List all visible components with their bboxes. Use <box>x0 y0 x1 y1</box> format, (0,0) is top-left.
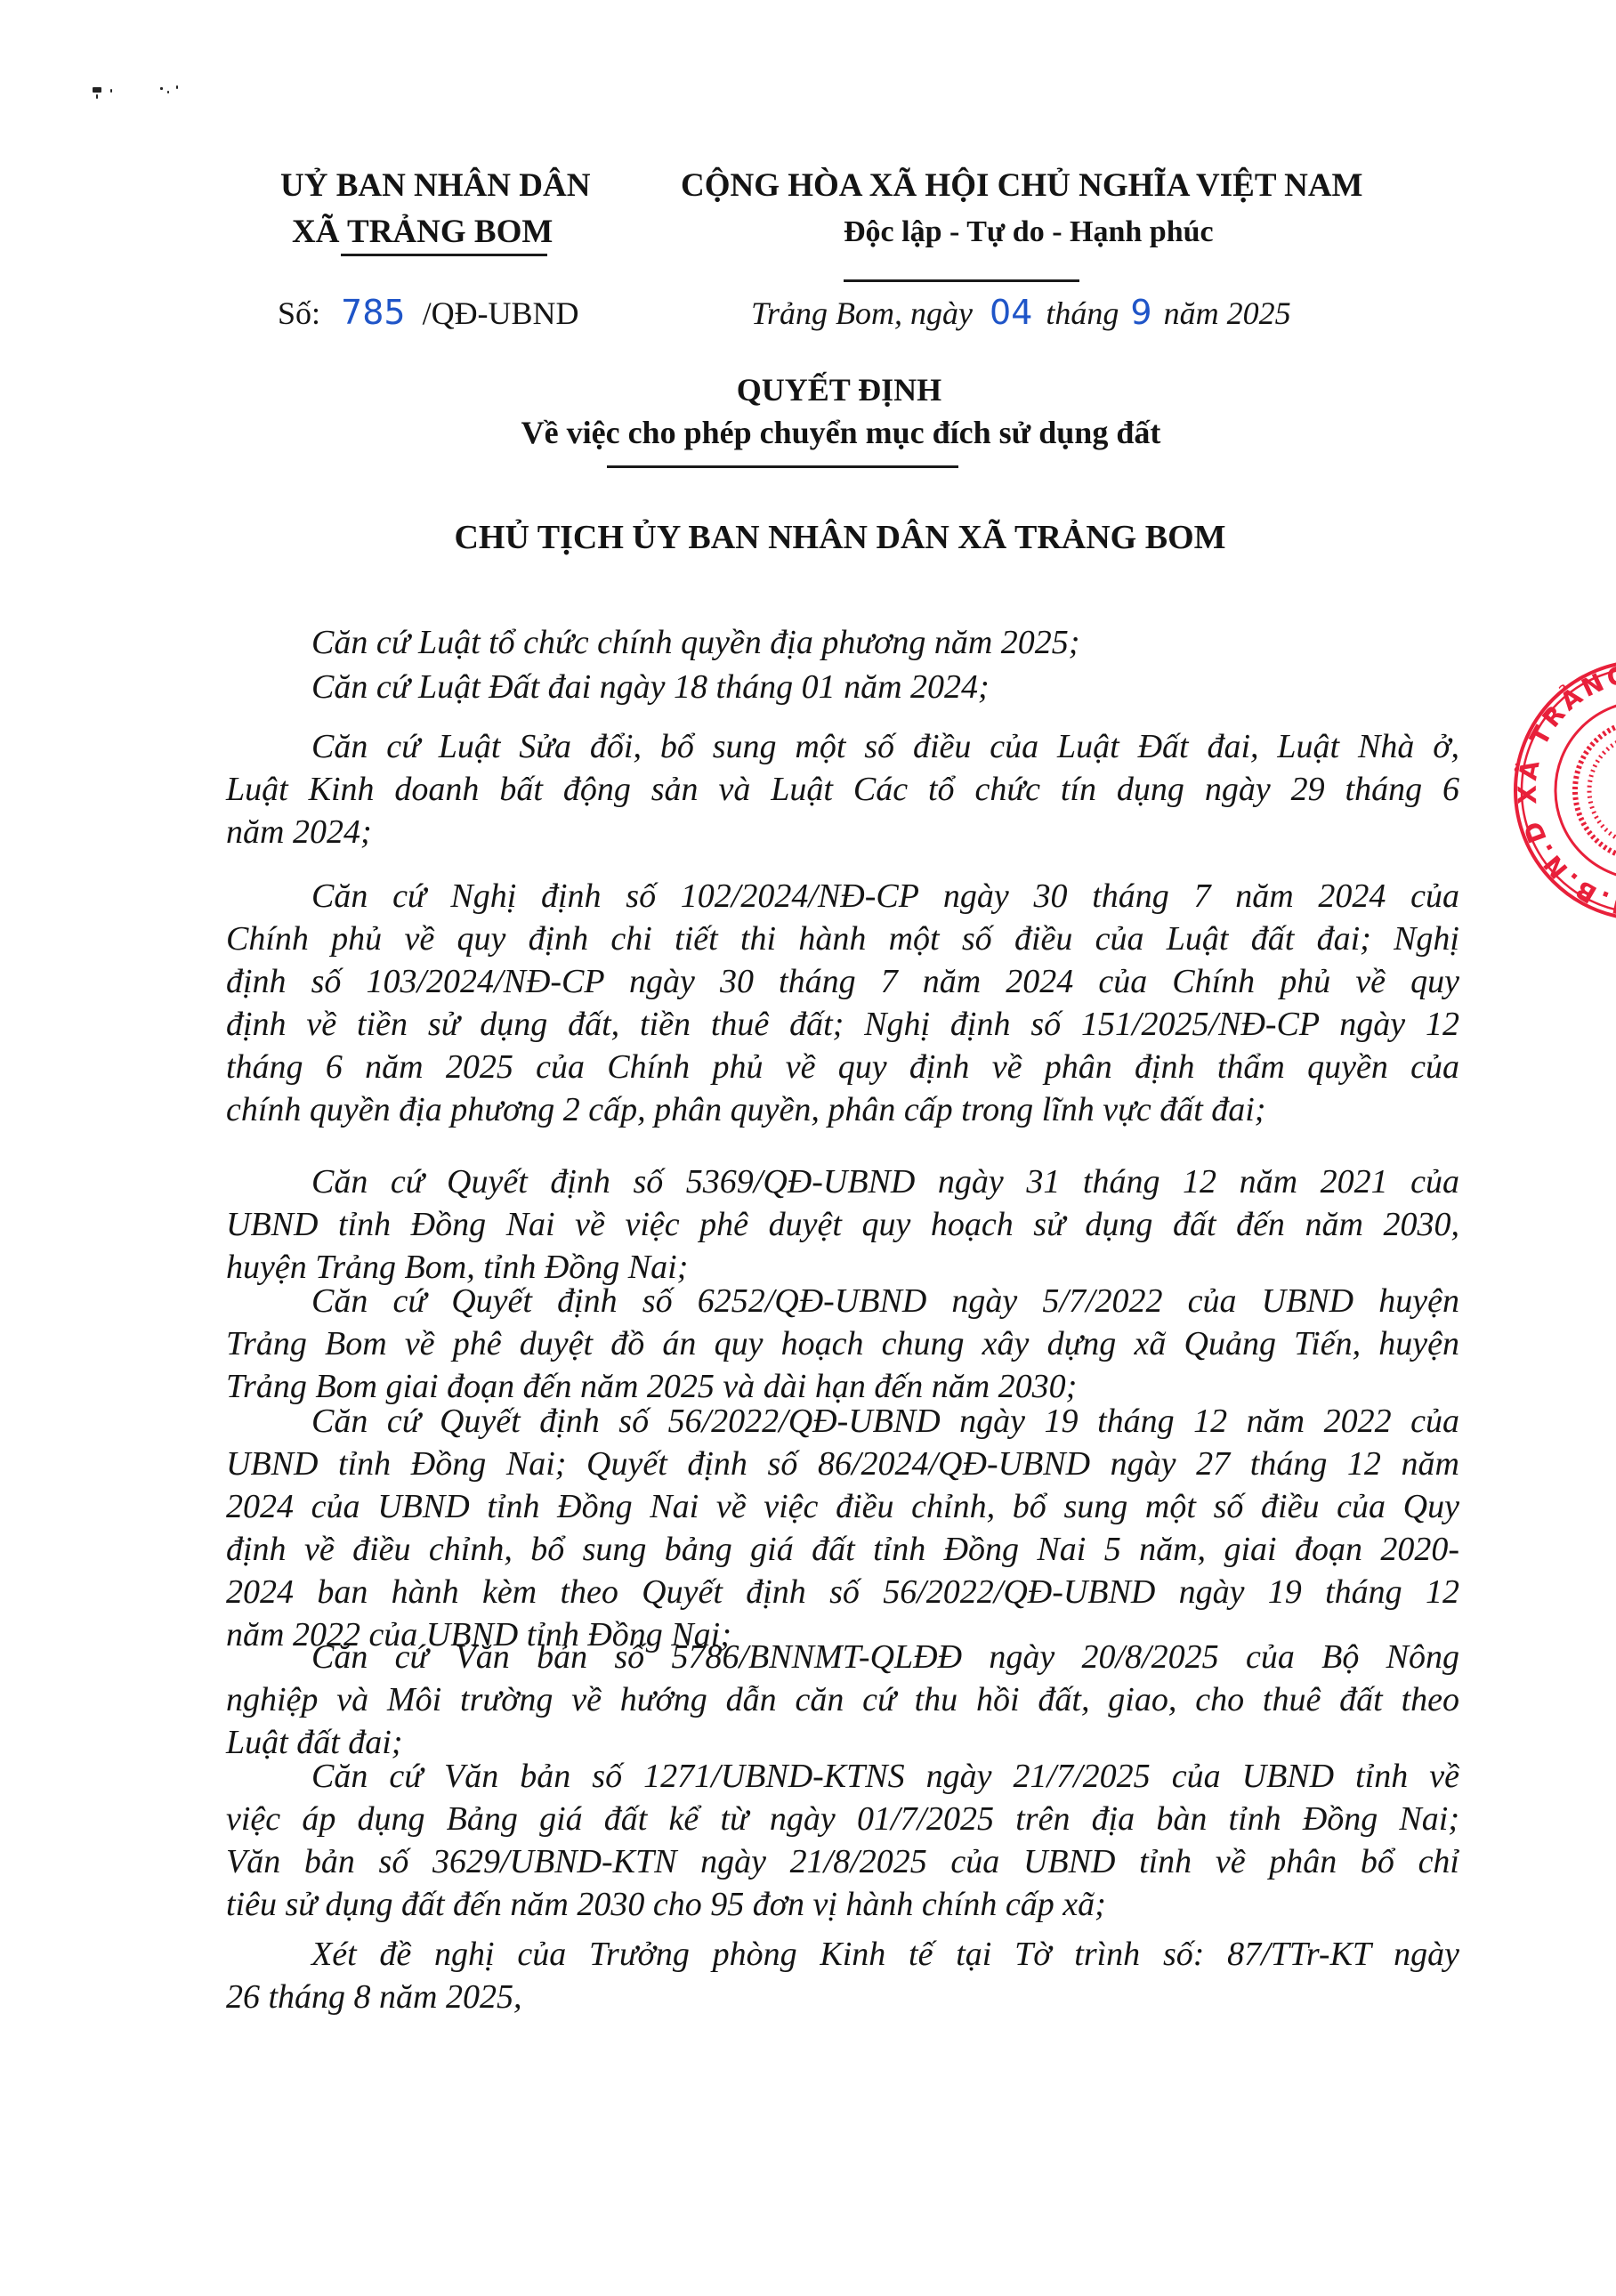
paragraph-line: UBND tỉnh Đồng Nai về việc phê duyệt quy… <box>226 1208 1459 1241</box>
agency-underline <box>341 254 547 256</box>
number-suffix: /QĐ-UBND <box>423 295 579 331</box>
scan-artifact <box>53 84 116 101</box>
paragraph-line: Trảng Bom về phê duyệt đồ án quy hoạch c… <box>226 1327 1459 1361</box>
paragraph-line: chính quyền địa phương 2 cấp, phân quyền… <box>226 1093 1459 1127</box>
handwritten-month: 9 <box>1130 293 1151 332</box>
paragraph-line: 2024 của UBND tỉnh Đồng Nai về việc điều… <box>226 1490 1459 1524</box>
paragraph-line: nghiệp và Môi trường về hướng dẫn căn cứ… <box>226 1683 1459 1717</box>
paragraph-line: 26 tháng 8 năm 2025, <box>226 1980 1459 2014</box>
paragraph-line: Căn cứ Văn bản số 5786/BNNMT-QLĐĐ ngày 2… <box>226 1640 1459 1674</box>
paragraph-line: tiêu sử dụng đất đến năm 2030 cho 95 đơn… <box>226 1888 1459 1921</box>
date-month-label: tháng <box>1046 295 1119 331</box>
red-official-seal-icon: U.B.N.D XÃ TRẢNG BOM <box>1513 659 1616 922</box>
paragraph-line: tháng 6 năm 2025 của Chính phủ về quy đị… <box>226 1050 1459 1084</box>
paragraph-line: Căn cứ Luật Sửa đổi, bổ sung một số điều… <box>226 730 1459 764</box>
paragraph-line: Căn cứ Luật tổ chức chính quyền địa phươ… <box>226 626 1459 659</box>
handwritten-number: 785 <box>341 293 406 332</box>
paragraph-line: Luật Kinh doanh bất động sản và Luật Các… <box>226 772 1459 806</box>
document-type-heading: QUYẾT ĐỊNH <box>0 374 1616 406</box>
issuing-authority: CHỦ TỊCH ỦY BAN NHÂN DÂN XÃ TRẢNG BOM <box>0 521 1616 554</box>
national-motto: Độc lập - Tự do - Hạnh phúc <box>844 217 1214 247</box>
paragraph-line: Căn cứ Quyết định số 6252/QĐ-UBND ngày 5… <box>226 1284 1459 1318</box>
paragraph-line: định về điều chỉnh, bổ sung bảng giá đất… <box>226 1532 1459 1566</box>
paragraph-line: Luật đất đai; <box>226 1726 1459 1759</box>
number-prefix: Số: <box>278 295 320 331</box>
document-subject: Về việc cho phép chuyển mục đích sử dụng… <box>0 416 1616 449</box>
agency-name-line1: UỶ BAN NHÂN DÂN <box>280 169 590 202</box>
paragraph-line: Căn cứ Văn bản số 1271/UBND-KTNS ngày 21… <box>226 1759 1459 1793</box>
paragraph-line: Xét đề nghị của Trưởng phòng Kinh tế tại… <box>226 1937 1459 1971</box>
motto-underline <box>844 279 1079 282</box>
paragraph-line: Văn bản số 3629/UBND-KTN ngày 21/8/2025 … <box>226 1845 1459 1879</box>
paragraph-line: định số 103/2024/NĐ-CP ngày 30 tháng 7 n… <box>226 965 1459 998</box>
paragraph-line: Trảng Bom giai đoạn đến năm 2025 và dài … <box>226 1370 1459 1403</box>
paragraph-line: năm 2024; <box>226 815 1459 849</box>
paragraph-line: 2024 ban hành kèm theo Quyết định số 56/… <box>226 1575 1459 1609</box>
date-place: Trảng Bom, ngày <box>751 295 973 331</box>
paragraph-line: huyện Trảng Bom, tỉnh Đồng Nai; <box>226 1250 1459 1284</box>
paragraph-line: Căn cứ Luật Đất đai ngày 18 tháng 01 năm… <box>226 670 1459 704</box>
paragraph-line: UBND tỉnh Đồng Nai; Quyết định số 86/202… <box>226 1447 1459 1481</box>
paragraph-line: Căn cứ Quyết định số 56/2022/QĐ-UBND ngà… <box>226 1404 1459 1438</box>
subject-underline <box>607 465 958 468</box>
paragraph-line: Căn cứ Nghị định số 102/2024/NĐ-CP ngày … <box>226 879 1459 913</box>
paragraph-line: định về tiền sử dụng đất, tiền thuê đất;… <box>226 1007 1459 1041</box>
document-number: Số: 785 /QĐ-UBND <box>278 295 579 329</box>
paragraph-line: Căn cứ Quyết định số 5369/QĐ-UBND ngày 3… <box>226 1165 1459 1199</box>
date-year: năm 2025 <box>1164 295 1291 331</box>
agency-name-line2: XÃ TRẢNG BOM <box>292 215 553 248</box>
paragraph-line: Chính phủ về quy định chi tiết thi hành … <box>226 922 1459 956</box>
handwritten-day: 04 <box>990 293 1032 332</box>
document-date: Trảng Bom, ngày 04 tháng 9 năm 2025 <box>751 295 1291 329</box>
paragraph-line: việc áp dụng Bảng giá đất kể từ ngày 01/… <box>226 1802 1459 1836</box>
country-name: CỘNG HÒA XÃ HỘI CHỦ NGHĨA VIỆT NAM <box>681 169 1362 202</box>
svg-text:U.B.N.D XÃ TRẢNG BOM: U.B.N.D XÃ TRẢNG BOM <box>1513 659 1616 922</box>
